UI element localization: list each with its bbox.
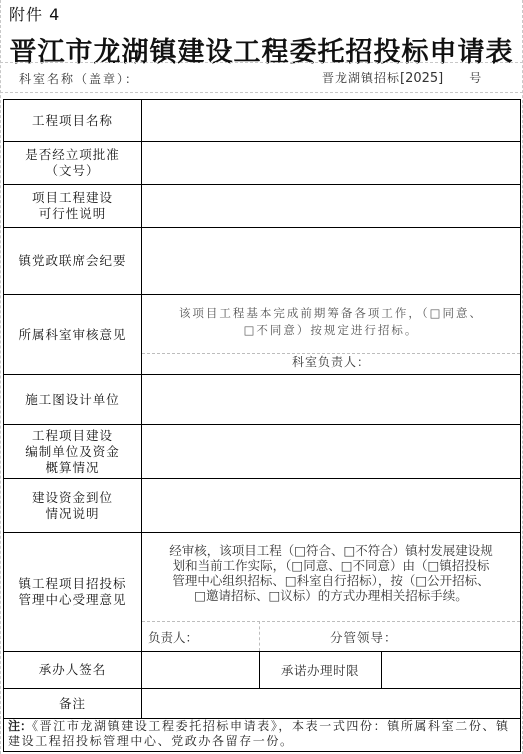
label-line: 编制单位及资金 [25,444,120,460]
divider [259,621,260,651]
label-feasibility: 项目工程建设 可行性说明 [4,185,142,227]
row-feasibility: 项目工程建设 可行性说明 [4,185,520,228]
label-remarks: 备注 [4,689,142,718]
doc-number-prefix: 晋龙湖镇招标 [322,71,400,85]
input-project-name[interactable] [142,100,520,141]
label-line: 工程项目建设 [25,428,120,444]
divider [0,62,523,63]
label-line: 情况说明 [32,506,113,522]
footnote-label: 注： [8,719,32,733]
row-funding: 建设资金到位 情况说明 [4,479,520,533]
row-project-name: 工程项目名称 [4,100,520,142]
label-handler: 承办人签名 [4,652,142,688]
row-handler: 承办人签名 承诺办理时限 [4,652,520,689]
label-budget: 工程项目建设 编制单位及资金 概算情况 [4,425,142,478]
row-dept-review: 所属科室审核意见 该项目工程基本完成前期筹备各项工作，（□同意、 □不同意）按规… [4,295,520,375]
divider [0,92,523,93]
label-line: 是否经立项批准 [25,147,120,163]
document-number: 晋龙湖镇招标[2025]号 [322,69,482,86]
review-line: 该项目工程基本完成前期筹备各项工作，（□同意、 [156,305,506,322]
input-remarks[interactable] [142,689,520,718]
label-project-name: 工程项目名称 [4,100,142,141]
department-name-label: 科室名称（盖章）： [19,70,139,87]
label-line: 概算情况 [25,460,120,476]
divider [142,621,520,622]
input-handler-signature[interactable] [142,652,259,688]
row-remarks: 备注 [4,689,520,719]
input-party-meeting[interactable] [142,228,520,294]
input-design-unit[interactable] [142,375,520,424]
attachment-label: 附件 4 [9,2,60,25]
label-line: 管理中心受理意见 [18,592,126,608]
label-approval: 是否经立项批准 （文号） [4,142,142,184]
input-approval[interactable] [142,142,520,184]
input-feasibility[interactable] [142,185,520,227]
row-party-meeting: 镇党政联席会纪要 [4,228,520,295]
label-line: 建设资金到位 [32,490,113,506]
label-line: （文号） [25,163,120,179]
input-budget[interactable] [142,425,520,478]
label-line: 镇工程项目招投标 [18,576,126,592]
label-party-meeting: 镇党政联席会纪要 [4,228,142,294]
row-approval: 是否经立项批准 （文号） [4,142,520,185]
doc-number-suffix: 号 [469,71,482,85]
center-review-cell: 经审核，该项目工程（□符合、□不符合）镇村发展建设规 划和当前工作实际，（□同意… [142,533,520,651]
review-line: 经审核，该项目工程（□符合、□不符合）镇村发展建设规 [148,543,514,558]
label-funding: 建设资金到位 情况说明 [4,479,142,532]
footnote-text: 《晋江市龙湖镇建设工程委托招标申请表》，本表一式四份：镇所属科室二份、镇建设工程… [8,719,510,748]
review-line: 划和当前工作实际，（□同意、□不同意）由（□镇招投标 [148,558,514,573]
label-line: 项目工程建设 [32,190,113,206]
dept-review-text: 该项目工程基本完成前期筹备各项工作，（□同意、 □不同意）按规定进行招标。 [142,305,520,339]
label-dept-review: 所属科室审核意见 [4,295,142,374]
row-center-review: 镇工程项目招投标 管理中心受理意见 经审核，该项目工程（□符合、□不符合）镇村发… [4,533,520,652]
responsible-person-label[interactable]: 负责人： [148,628,198,646]
review-line: □邀请招标、□议标）的方式办理相关招标手续。 [148,588,514,603]
review-line: 管理中心组织招标、□科室自行招标），按（□公开招标、 [148,573,514,588]
dept-head-signature-label[interactable]: 科室负责人： [142,353,520,370]
label-line: 可行性说明 [32,206,113,222]
divider [381,652,382,688]
row-budget: 工程项目建设 编制单位及资金 概算情况 [4,425,520,479]
doc-number-year: [2025] [400,71,443,86]
application-form: 工程项目名称 是否经立项批准 （文号） 项目工程建设 可行性说明 镇党政联席会纪… [3,99,521,752]
label-promise-deadline: 承诺办理时限 [259,652,381,688]
center-review-text: 经审核，该项目工程（□符合、□不符合）镇村发展建设规 划和当前工作实际，（□同意… [148,543,514,603]
review-line: □不同意）按规定进行招标。 [156,322,506,339]
input-promise-deadline[interactable] [383,652,520,688]
input-funding[interactable] [142,479,520,532]
label-center-review: 镇工程项目招投标 管理中心受理意见 [4,533,142,651]
leader-label[interactable]: 分管领导： [330,628,398,646]
dept-review-cell: 该项目工程基本完成前期筹备各项工作，（□同意、 □不同意）按规定进行招标。 科室… [142,295,520,374]
page-title: 晋江市龙湖镇建设工程委托招投标申请表 [0,30,523,69]
label-design-unit: 施工图设计单位 [4,375,142,424]
handler-cell: 承诺办理时限 [142,652,520,688]
row-design-unit: 施工图设计单位 [4,375,520,425]
footnote: 注：《晋江市龙湖镇建设工程委托招标申请表》，本表一式四份：镇所属科室二份、镇建设… [4,719,520,751]
